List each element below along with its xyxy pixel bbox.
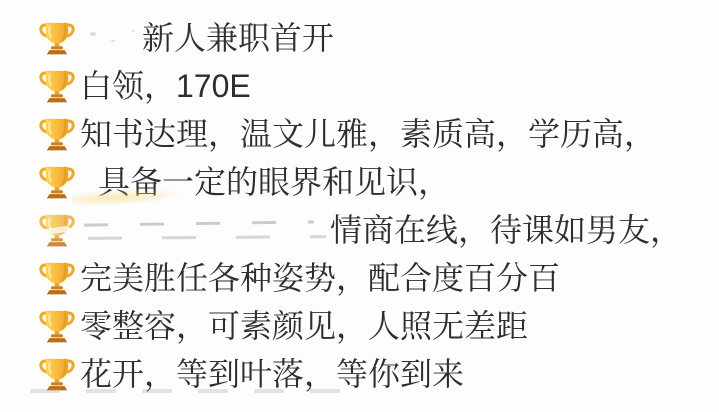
trophy-icon [38,306,76,346]
trophy-icon [38,354,76,394]
list-row: 完美胜任各种姿势，配合度百分百 [38,254,682,302]
line-text: 花开，等到叶落，等你到来 [80,358,464,390]
cropped-line-remnant [30,389,340,393]
trophy-icon [38,18,76,58]
list-row: 情商在线，待课如男友， [38,206,682,254]
list-row: 零整容，可素颜见，人照无差距 [38,302,682,350]
trophy-icon [38,210,76,250]
redacted-text-area [80,17,142,59]
line-text: 零整容，可素颜见，人照无差距 [80,310,528,342]
list-row: 知书达理，温文儿雅，素质高，学历高， [38,110,682,158]
trophy-icon [38,114,76,154]
list-row: 新人兼职首开 [38,14,682,62]
trophy-icon [38,258,76,298]
line-text: 知书达理，温文儿雅，素质高，学历高， [80,118,656,150]
redacted-text-area [80,209,330,251]
trophy-icon [38,66,76,106]
text-screenshot-page: 新人兼职首开 白领，170E [0,0,719,412]
list-row: 白领，170E [38,62,682,110]
trophy-text-list: 新人兼职首开 白领，170E [38,14,682,398]
trophy-icon [38,162,76,202]
line-text: 白领，170E [80,70,251,102]
line-text: 完美胜任各种姿势，配合度百分百 [80,262,560,294]
line-text: 情商在线，待课如男友， [330,214,682,246]
line-text: 新人兼职首开 [142,22,334,54]
